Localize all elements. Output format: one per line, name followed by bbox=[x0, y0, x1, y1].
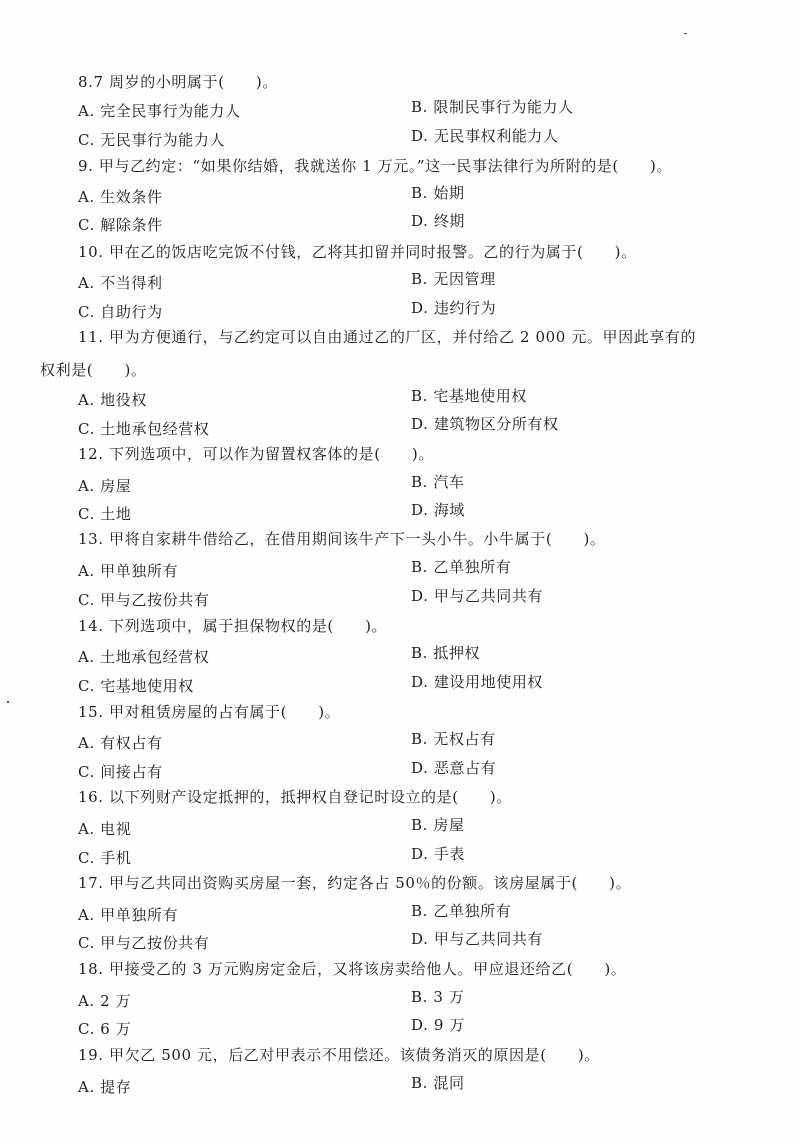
question-16-option-d: D. 手表 bbox=[411, 844, 465, 864]
question-9-option-d: D. 终期 bbox=[411, 211, 465, 231]
question-9-option-c: C. 解除条件 bbox=[78, 215, 163, 235]
question-10-option-a: A. 不当得利 bbox=[78, 273, 163, 293]
question-17-option-d: D. 甲与乙共同共有 bbox=[411, 929, 543, 949]
question-11-stem: 11. 甲为方便通行，与乙约定可以自由通过乙的厂区，并付给乙 2 000 元。甲… bbox=[78, 327, 696, 347]
scan-speck bbox=[684, 33, 687, 34]
question-14-stem: 14. 下列选项中，属于担保物权的是( )。 bbox=[78, 616, 387, 636]
question-12-option-c: C. 土地 bbox=[78, 504, 131, 524]
question-8-option-d: D. 无民事权利能力人 bbox=[411, 126, 559, 146]
question-12-option-b: B. 汽车 bbox=[411, 472, 465, 492]
question-14-option-d: D. 建设用地使用权 bbox=[411, 672, 543, 692]
question-15-option-b: B. 无权占有 bbox=[411, 729, 496, 749]
question-8-stem: 8.7 周岁的小明属于( )。 bbox=[78, 72, 278, 92]
question-11-option-d: D. 建筑物区分所有权 bbox=[411, 414, 559, 434]
question-17-option-a: A. 甲单独所有 bbox=[78, 905, 178, 925]
question-11-option-c: C. 土地承包经营权 bbox=[78, 419, 209, 439]
question-17-option-c: C. 甲与乙按份共有 bbox=[78, 933, 209, 953]
question-13-option-b: B. 乙单独所有 bbox=[411, 557, 511, 577]
question-17-stem: 17. 甲与乙共同出资购买房屋一套，约定各占 50％的份额。该房屋属于( )。 bbox=[78, 873, 631, 893]
question-10-option-d: D. 违约行为 bbox=[411, 298, 496, 318]
question-9-stem: 9. 甲与乙约定：“如果你结婚，我就送你 1 万元。”这一民事法律行为所附的是(… bbox=[78, 156, 672, 176]
question-18-stem: 18. 甲接受乙的 3 万元购房定金后，又将该房卖给他人。甲应退还给乙( )。 bbox=[78, 959, 626, 979]
question-12-stem: 12. 下列选项中，可以作为留置权客体的是( )。 bbox=[78, 444, 434, 464]
question-12-option-d: D. 海域 bbox=[411, 500, 465, 520]
question-19-option-a: A. 提存 bbox=[78, 1077, 131, 1097]
question-18-option-d: D. 9 万 bbox=[411, 1015, 465, 1035]
question-14-option-c: C. 宅基地使用权 bbox=[78, 676, 194, 696]
question-11-option-b: B. 宅基地使用权 bbox=[411, 386, 527, 406]
exam-page: 8.7 周岁的小明属于( )。 A. 完全民事行为能力人 B. 限制民事行为能力… bbox=[0, 0, 800, 1145]
question-18-option-c: C. 6 万 bbox=[78, 1019, 131, 1039]
question-9-option-b: B. 始期 bbox=[411, 183, 465, 203]
question-17-option-b: B. 乙单独所有 bbox=[411, 901, 511, 921]
question-15-option-c: C. 间接占有 bbox=[78, 762, 163, 782]
question-9-option-a: A. 生效条件 bbox=[78, 187, 163, 207]
question-15-stem: 15. 甲对租赁房屋的占有属于( )。 bbox=[78, 702, 340, 722]
question-19-option-b: B. 混同 bbox=[411, 1073, 465, 1093]
question-14-option-b: B. 抵押权 bbox=[411, 643, 480, 663]
question-13-option-a: A. 甲单独所有 bbox=[78, 561, 178, 581]
question-8-option-c: C. 无民事行为能力人 bbox=[78, 130, 225, 150]
scan-speck bbox=[7, 701, 9, 703]
question-8-option-a: A. 完全民事行为能力人 bbox=[78, 101, 241, 121]
question-14-option-a: A. 土地承包经营权 bbox=[78, 647, 209, 667]
question-19-stem: 19. 甲欠乙 500 元，后乙对甲表示不用偿还。该债务消灭的原因是( )。 bbox=[78, 1045, 600, 1065]
question-15-option-a: A. 有权占有 bbox=[78, 733, 163, 753]
question-8-option-b: B. 限制民事行为能力人 bbox=[411, 97, 574, 117]
question-16-option-a: A. 电视 bbox=[78, 819, 131, 839]
question-16-stem: 16. 以下列财产设定抵押的，抵押权自登记时设立的是( )。 bbox=[78, 787, 512, 807]
question-16-option-c: C. 手机 bbox=[78, 848, 131, 868]
question-18-option-b: B. 3 万 bbox=[411, 987, 464, 1007]
question-16-option-b: B. 房屋 bbox=[411, 815, 465, 835]
question-12-option-a: A. 房屋 bbox=[78, 476, 131, 496]
question-13-option-d: D. 甲与乙共同共有 bbox=[411, 586, 543, 606]
question-18-option-a: A. 2 万 bbox=[78, 991, 131, 1011]
question-10-option-c: C. 自助行为 bbox=[78, 302, 163, 322]
question-10-stem: 10. 甲在乙的饭店吃完饭不付钱，乙将其扣留并同时报警。乙的行为属于( )。 bbox=[78, 242, 637, 262]
question-13-stem: 13. 甲将自家耕牛借给乙，在借用期间该牛产下一头小牛。小牛属于( )。 bbox=[78, 529, 606, 549]
question-11-stem-continued: 权利是( )。 bbox=[40, 360, 147, 380]
question-10-option-b: B. 无因管理 bbox=[411, 269, 496, 289]
question-15-option-d: D. 恶意占有 bbox=[411, 758, 496, 778]
question-13-option-c: C. 甲与乙按份共有 bbox=[78, 590, 209, 610]
question-11-option-a: A. 地役权 bbox=[78, 390, 147, 410]
